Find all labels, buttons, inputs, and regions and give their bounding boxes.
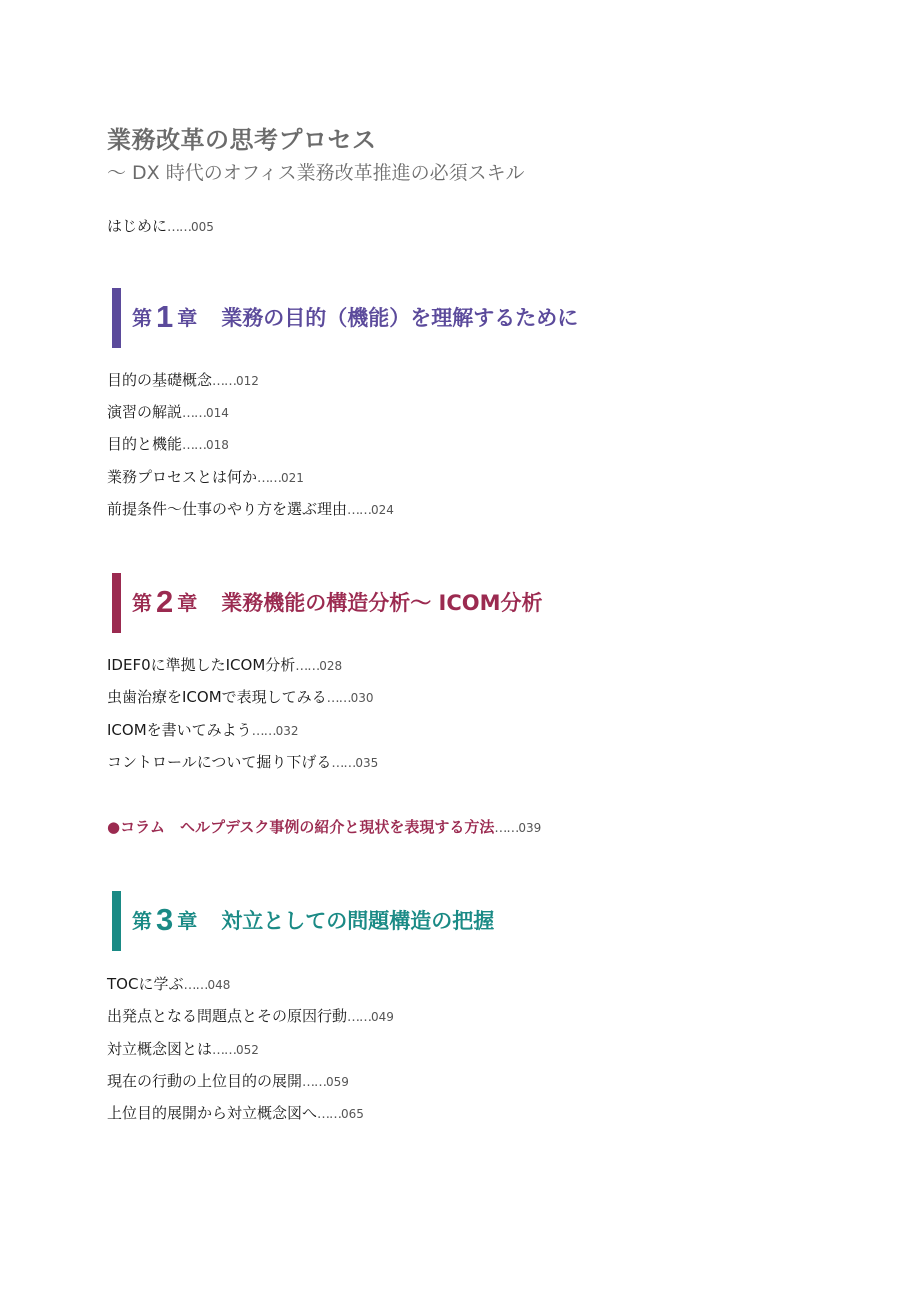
toc-entry-intro[interactable]: はじめに……005 [107, 216, 214, 238]
leader-dots: …… [252, 724, 276, 739]
toc-entry[interactable]: 演習の解説……014 [107, 402, 229, 424]
page-number: 035 [355, 756, 378, 770]
toc-entry[interactable]: ICOMを書いてみよう……032 [107, 720, 299, 742]
chapter-suffix: 章 [177, 909, 197, 933]
chapter-number: 2 [156, 584, 173, 619]
entry-label: 対立概念図とは [107, 1040, 212, 1058]
toc-entry[interactable]: 虫歯治療をICOMで表現してみる……030 [107, 687, 374, 709]
page-number: 021 [281, 471, 304, 485]
leader-dots: …… [494, 821, 518, 836]
leader-dots: …… [212, 374, 236, 389]
page-number: 012 [236, 374, 259, 388]
chapter-number: 1 [156, 299, 173, 334]
leader-dots: …… [182, 406, 206, 421]
page-number: 005 [191, 220, 214, 234]
column-label: ●コラム ヘルプデスク事例の紹介と現状を表現する方法 [107, 818, 494, 836]
leader-dots: …… [347, 1010, 371, 1025]
chapter-3-accent-bar [112, 891, 121, 951]
toc-entry[interactable]: 業務プロセスとは何か……021 [107, 467, 304, 489]
page-number: 030 [351, 691, 374, 705]
page-number: 014 [206, 406, 229, 420]
book-title: 業務改革の思考プロセス [107, 124, 377, 156]
page-number: 065 [341, 1107, 364, 1121]
entry-label: 業務プロセスとは何か [107, 468, 257, 486]
entry-label: コントロールについて掘り下げる [107, 753, 331, 771]
entry-label: IDEF0に準拠したICOM分析 [107, 656, 295, 674]
entry-label: 上位目的展開から対立概念図へ [107, 1104, 317, 1122]
chapter-prefix: 第 [132, 591, 152, 615]
toc-entry[interactable]: 上位目的展開から対立概念図へ……065 [107, 1103, 364, 1125]
page-number: 059 [326, 1075, 349, 1089]
leader-dots: …… [295, 659, 319, 674]
leader-dots: …… [183, 978, 207, 993]
entry-label: 目的の基礎概念 [107, 371, 212, 389]
column-entry[interactable]: ●コラム ヘルプデスク事例の紹介と現状を表現する方法……039 [107, 817, 541, 839]
chapter-suffix: 章 [177, 591, 197, 615]
entry-label: ICOMを書いてみよう [107, 721, 252, 739]
toc-entry[interactable]: IDEF0に準拠したICOM分析……028 [107, 655, 342, 677]
toc-entry[interactable]: コントロールについて掘り下げる……035 [107, 752, 378, 774]
leader-dots: …… [327, 691, 351, 706]
entry-label: 演習の解説 [107, 403, 182, 421]
entry-label: 出発点となる問題点とその原因行動 [107, 1007, 347, 1025]
chapter-title: 業務の目的（機能）を理解するために [221, 306, 578, 330]
toc-entry[interactable]: 前提条件～仕事のやり方を選ぶ理由……024 [107, 499, 394, 521]
leader-dots: …… [331, 756, 355, 771]
chapter-title: 対立としての問題構造の把握 [221, 909, 494, 933]
chapter-number: 3 [156, 902, 173, 937]
leader-dots: …… [302, 1075, 326, 1090]
page-number: 052 [236, 1043, 259, 1057]
leader-dots: …… [212, 1043, 236, 1058]
leader-dots: …… [257, 471, 281, 486]
page-number: 039 [518, 821, 541, 835]
toc-entry[interactable]: 目的の基礎概念……012 [107, 370, 259, 392]
entry-label: 虫歯治療をICOMで表現してみる [107, 688, 327, 706]
page-number: 049 [371, 1010, 394, 1024]
toc-entry[interactable]: 目的と機能……018 [107, 434, 229, 456]
toc-entry[interactable]: 現在の行動の上位目的の展開……059 [107, 1071, 349, 1093]
page-number: 032 [276, 724, 299, 738]
entry-label: 目的と機能 [107, 435, 182, 453]
page-number: 048 [207, 978, 230, 992]
page-number: 028 [319, 659, 342, 673]
toc-entry[interactable]: 出発点となる問題点とその原因行動……049 [107, 1006, 394, 1028]
chapter-1-accent-bar [112, 288, 121, 348]
entry-label: はじめに [107, 217, 167, 235]
page-number: 018 [206, 438, 229, 452]
chapter-suffix: 章 [177, 306, 197, 330]
toc-entry[interactable]: TOCに学ぶ……048 [107, 974, 230, 996]
entry-label: 前提条件～仕事のやり方を選ぶ理由 [107, 500, 347, 518]
leader-dots: …… [167, 220, 191, 235]
book-subtitle: ～ DX 時代のオフィス業務改革推進の必須スキル [107, 160, 524, 186]
leader-dots: …… [317, 1107, 341, 1122]
entry-label: TOCに学ぶ [107, 975, 183, 993]
leader-dots: …… [182, 438, 206, 453]
chapter-prefix: 第 [132, 909, 152, 933]
chapter-title: 業務機能の構造分析～ ICOM分析 [221, 591, 542, 615]
chapter-2-accent-bar [112, 573, 121, 633]
entry-label: 現在の行動の上位目的の展開 [107, 1072, 302, 1090]
page-number: 024 [371, 503, 394, 517]
toc-entry[interactable]: 対立概念図とは……052 [107, 1039, 259, 1061]
leader-dots: …… [347, 503, 371, 518]
chapter-prefix: 第 [132, 306, 152, 330]
